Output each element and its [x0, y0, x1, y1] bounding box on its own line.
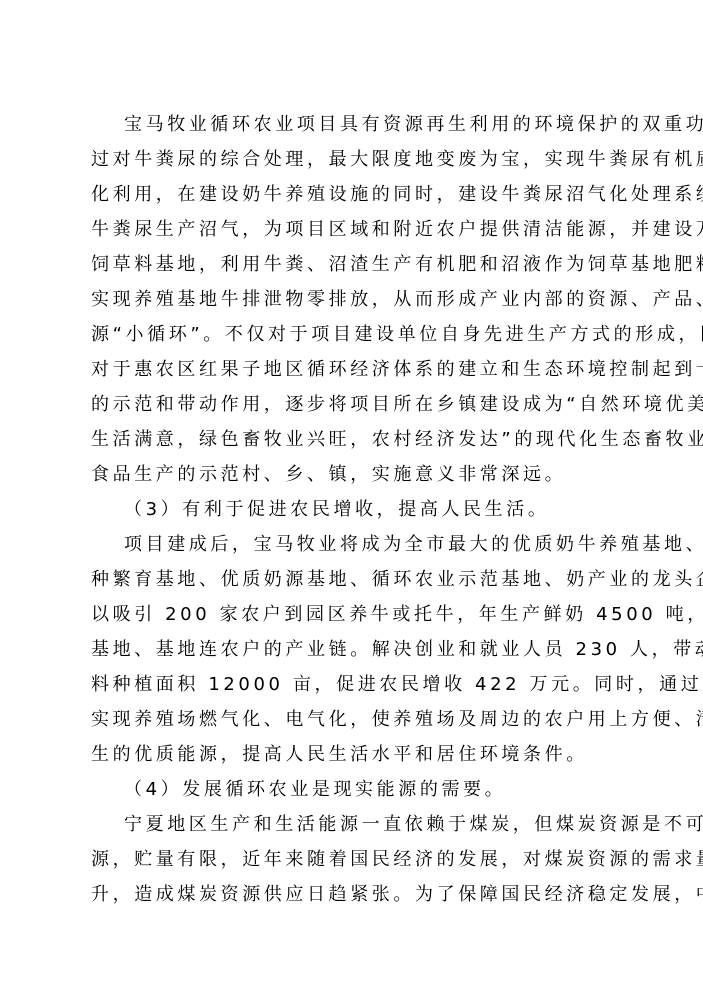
- text-line: 牛粪尿生产沼气，为项目区域和附近农户提供清洁能源，并建设万亩优质: [91, 212, 621, 247]
- text-line: 实现养殖场燃气化、电气化，使养殖场及周边的农户用上方便、清洁、卫: [91, 702, 621, 737]
- text-line: 过对牛粪尿的综合处理，最大限度地变废为宝，实现牛粪尿有机质的资源: [91, 142, 621, 177]
- text-line: 宁夏地区生产和生活能源一直依赖于煤炭，但煤炭资源是不可再生能: [91, 807, 621, 842]
- text-line: 生的优质能源，提高人民生活水平和居住环境条件。: [91, 737, 621, 772]
- paragraph-farmer-income: 项目建成后，宝马牧业将成为全市最大的优质奶牛养殖基地、优质品 种繁育基地、优质奶…: [91, 527, 621, 772]
- text-line: 的示范和带动作用，逐步将项目所在乡镇建设成为“自然环境优美，人民: [91, 387, 621, 422]
- text-line: 以吸引 200 家农户到园区养牛或托牛，年生产鲜奶 4500 吨，实现市场连: [91, 597, 621, 632]
- text-line: 食品生产的示范村、乡、镇，实施意义非常深远。: [91, 457, 621, 492]
- text-line: 源“小循环”。不仅对于项目建设单位自身先进生产方式的形成，同时，: [91, 317, 621, 352]
- section-heading-4: （4）发展循环农业是现实能源的需要。: [91, 772, 621, 807]
- text-line: 种繁育基地、优质奶源基地、循环农业示范基地、奶产业的龙头企业。可: [91, 562, 621, 597]
- text-line: 宝马牧业循环农业项目具有资源再生利用的环境保护的双重功效。通: [91, 107, 621, 142]
- text-line: 实现养殖基地牛排泄物零排放，从而形成产业内部的资源、产品、再生资: [91, 282, 621, 317]
- text-line: 饲草料基地，利用牛粪、沼渣生产有机肥和沼液作为饲草基地肥料，可以: [91, 247, 621, 282]
- document-page: 宝马牧业循环农业项目具有资源再生利用的环境保护的双重功效。通 过对牛粪尿的综合处…: [91, 107, 621, 912]
- text-line: 对于惠农区红果子地区循环经济体系的建立和生态环境控制起到十分积极: [91, 352, 621, 387]
- text-line: 源，贮量有限，近年来随着国民经济的发展，对煤炭资源的需求量大幅上: [91, 842, 621, 877]
- paragraph-energy-needs: 宁夏地区生产和生活能源一直依赖于煤炭，但煤炭资源是不可再生能 源，贮量有限，近年…: [91, 807, 621, 912]
- section-heading-3: （3）有利于促进农民增收，提高人民生活。: [91, 492, 621, 527]
- paragraph-circular-agriculture-benefits: 宝马牧业循环农业项目具有资源再生利用的环境保护的双重功效。通 过对牛粪尿的综合处…: [91, 107, 621, 492]
- text-line: 项目建成后，宝马牧业将成为全市最大的优质奶牛养殖基地、优质品: [91, 527, 621, 562]
- text-line: 升，造成煤炭资源供应日趋紧张。为了保障国民经济稳定发展，中央和地: [91, 877, 621, 912]
- text-line: 料种植面积 12000 亩，促进农民增收 422 万元。同时，通过实施循环农业，: [91, 667, 621, 702]
- text-line: 生活满意，绿色畜牧业兴旺，农村经济发达”的现代化生态畜牧业和绿色: [91, 422, 621, 457]
- text-line: 基地、基地连农户的产业链。解决创业和就业人员 230 人，带动人工饲草: [91, 632, 621, 667]
- text-line: 化利用，在建设奶牛养殖设施的同时，建设牛粪尿沼气化处理系统，利用: [91, 177, 621, 212]
